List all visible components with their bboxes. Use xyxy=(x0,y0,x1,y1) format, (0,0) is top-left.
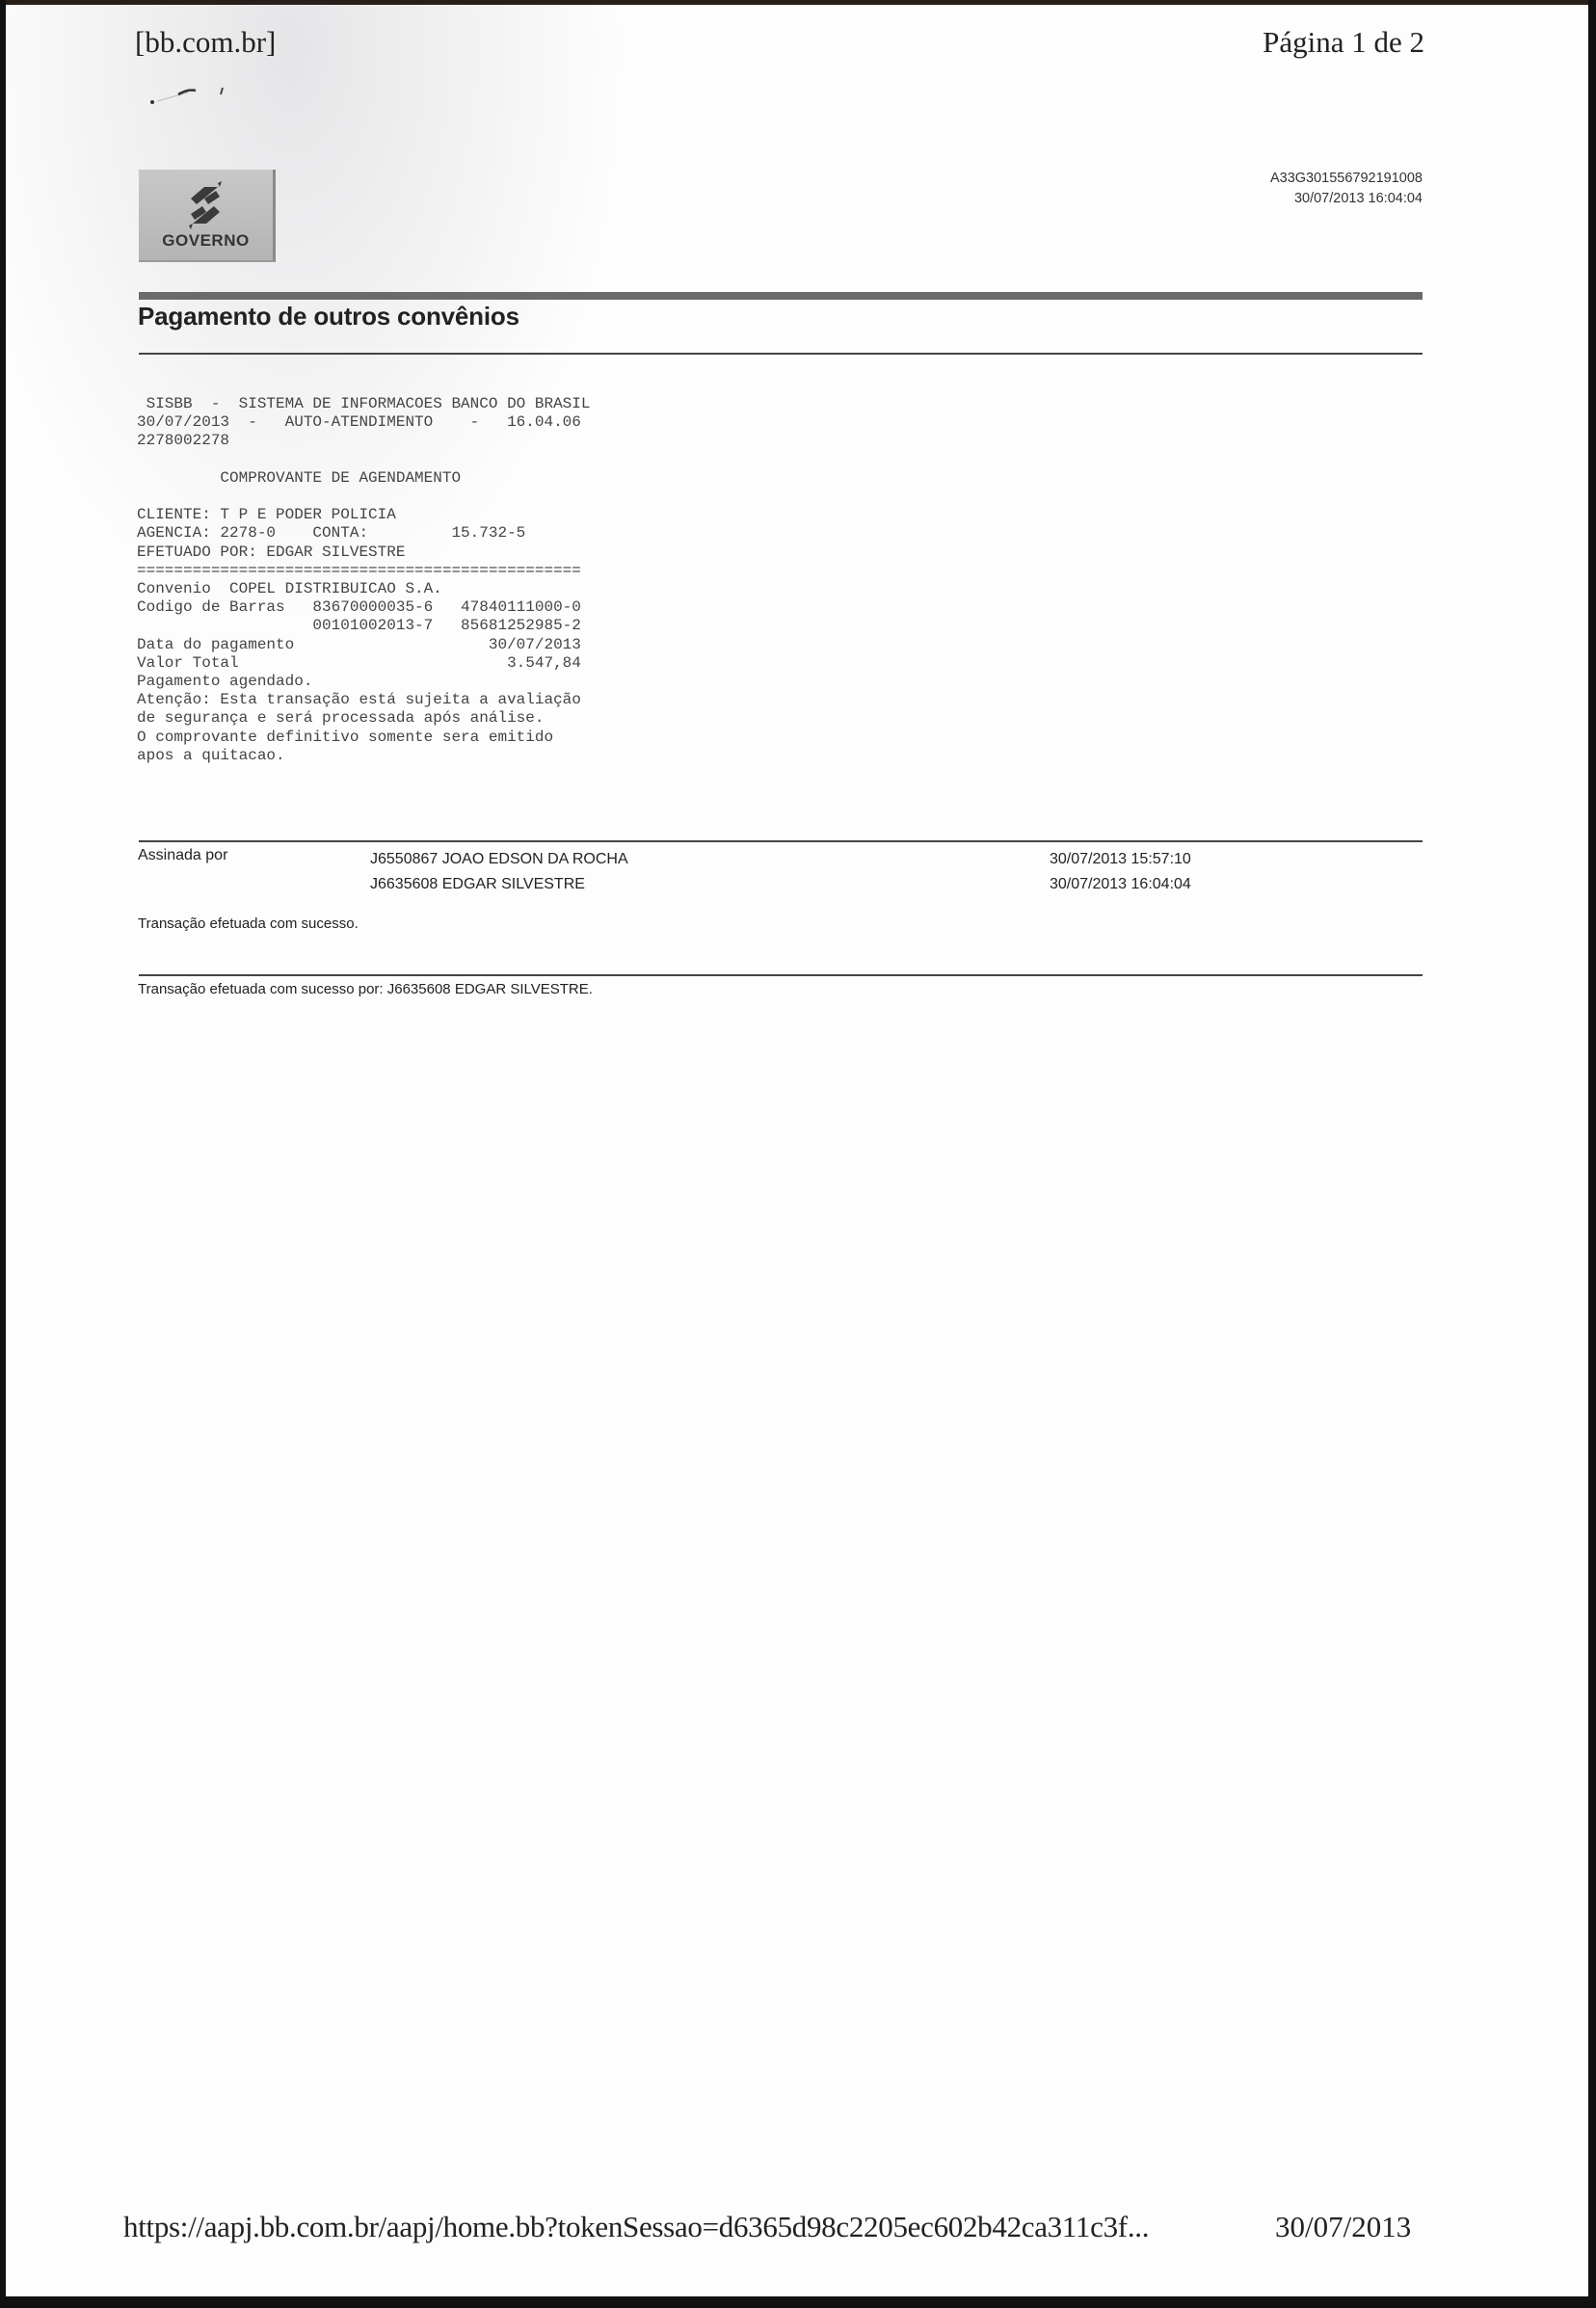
print-header-page-indicator: Página 1 de 2 xyxy=(1263,25,1424,60)
print-footer-date: 30/07/2013 xyxy=(1275,2210,1411,2244)
success-by-message: Transação efetuada com sucesso por: J663… xyxy=(138,981,593,997)
receipt-line: 00101002013-7 85681252985-2 xyxy=(137,617,590,635)
scanned-page xyxy=(6,5,1588,2296)
signer-name: J6635608 EDGAR SILVESTRE xyxy=(370,872,628,897)
receipt-line: Valor Total 3.547,84 xyxy=(137,654,590,673)
title-bar-decoration xyxy=(139,292,1423,300)
receipt-line xyxy=(137,488,590,506)
scan-edge-right xyxy=(1588,0,1596,2308)
receipt-line: SISBB - SISTEMA DE INFORMACOES BANCO DO … xyxy=(137,395,590,413)
receipt-line: Codigo de Barras 83670000035-6 478401110… xyxy=(137,598,590,617)
divider xyxy=(139,353,1423,355)
receipt-line: EFETUADO POR: EDGAR SILVESTRE xyxy=(137,544,590,562)
receipt-line xyxy=(137,451,590,469)
receipt-line: apos a quitacao. xyxy=(137,747,590,765)
receipt-line: Pagamento agendado. xyxy=(137,673,590,691)
receipt-line: ========================================… xyxy=(137,562,590,580)
receipt-line: 2278002278 xyxy=(137,432,590,450)
receipt-line: AGENCIA: 2278-0 CONTA: 15.732-5 xyxy=(137,524,590,543)
receipt-line: O comprovante definitivo somente sera em… xyxy=(137,729,590,747)
success-message: Transação efetuada com sucesso. xyxy=(138,915,359,932)
document-meta: A33G301556792191008 30/07/2013 16:04:04 xyxy=(1270,169,1423,209)
signer-datetimes: 30/07/2013 15:57:10 30/07/2013 16:04:04 xyxy=(1050,847,1191,897)
signer-name: J6550867 JOAO EDSON DA ROCHA xyxy=(370,847,628,872)
receipt-line: Data do pagamento 30/07/2013 xyxy=(137,636,590,654)
receipt-line: COMPROVANTE DE AGENDAMENTO xyxy=(137,469,590,488)
signed-by-label: Assinada por xyxy=(138,847,227,864)
logo-label: GOVERNO xyxy=(139,231,273,251)
print-footer-url: https://aapj.bb.com.br/aapj/home.bb?toke… xyxy=(123,2210,1149,2244)
receipt-line: de segurança e será processada após anál… xyxy=(137,709,590,728)
page-title: Pagamento de outros convênios xyxy=(138,302,519,332)
pen-mark-icon xyxy=(149,85,246,106)
document-id: A33G301556792191008 xyxy=(1270,169,1423,189)
scan-edge-left xyxy=(0,0,6,2308)
banco-do-brasil-logo-icon xyxy=(183,181,227,229)
signer-datetime: 30/07/2013 15:57:10 xyxy=(1050,847,1191,872)
banco-do-brasil-governo-logo: GOVERNO xyxy=(139,170,276,262)
receipt-line: Convenio COPEL DISTRIBUICAO S.A. xyxy=(137,580,590,598)
document-datetime: 30/07/2013 16:04:04 xyxy=(1270,189,1423,209)
print-header-site: [bb.com.br] xyxy=(135,25,276,60)
receipt-body: SISBB - SISTEMA DE INFORMACOES BANCO DO … xyxy=(137,395,590,765)
receipt-line: CLIENTE: T P E PODER POLICIA xyxy=(137,506,590,524)
scan-edge-bottom xyxy=(0,2296,1596,2308)
signer-names: J6550867 JOAO EDSON DA ROCHA J6635608 ED… xyxy=(370,847,628,897)
receipt-line: 30/07/2013 - AUTO-ATENDIMENTO - 16.04.06 xyxy=(137,413,590,432)
receipt-line: Atenção: Esta transação está sujeita a a… xyxy=(137,691,590,709)
divider xyxy=(139,974,1423,976)
signer-datetime: 30/07/2013 16:04:04 xyxy=(1050,872,1191,897)
divider xyxy=(139,840,1423,842)
